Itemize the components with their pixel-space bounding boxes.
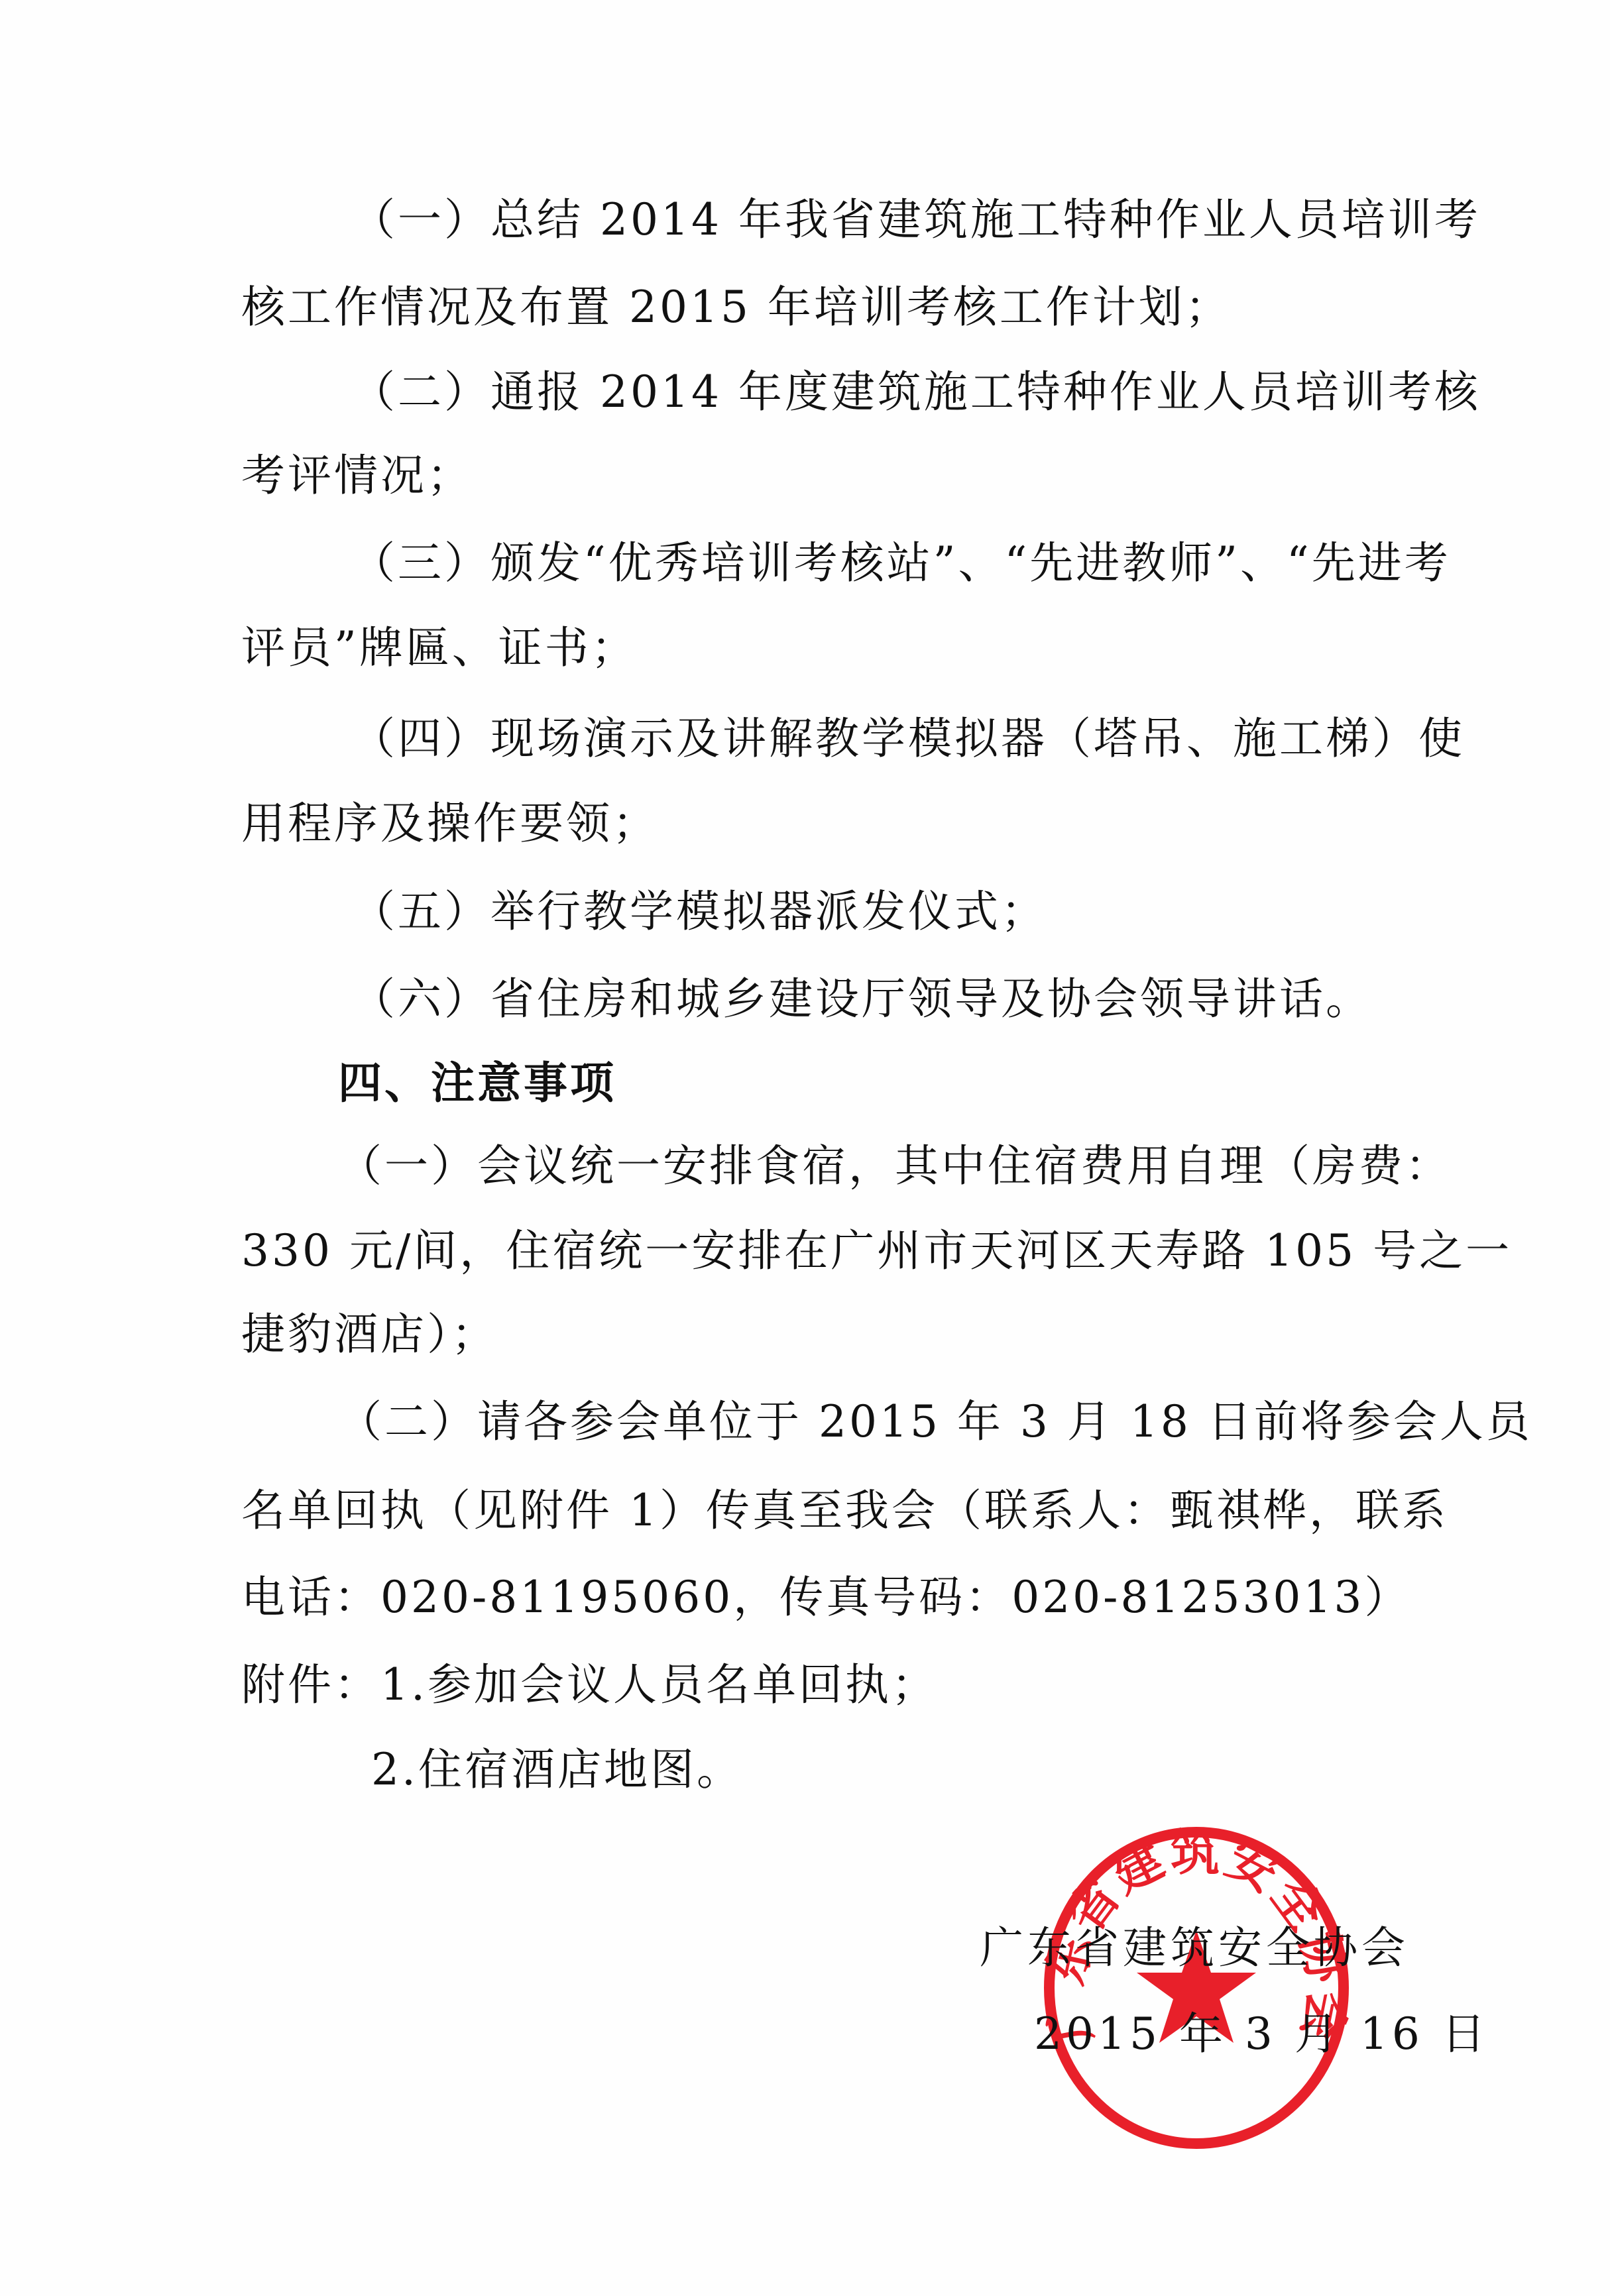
item-1-line-1: （一）总结 2014 年我省建筑施工特种作业人员培训考 bbox=[351, 193, 1481, 246]
item-6: （六）省住房和城乡建设厅领导及协会领导讲话。 bbox=[351, 973, 1372, 1026]
document-page: （一）总结 2014 年我省建筑施工特种作业人员培训考 核工作情况及布置 201… bbox=[0, 0, 1610, 2296]
item-4-line-2: 用程序及操作要领； bbox=[241, 797, 659, 850]
note-1-line-3: 捷豹酒店）； bbox=[241, 1308, 498, 1361]
note-1-line-1: （一）会议统一安排食宿，其中住宿费用自理（房费： bbox=[338, 1140, 1452, 1193]
attachment-2: 2.住宿酒店地图。 bbox=[371, 1743, 743, 1796]
item-5: （五）举行教学模拟器派发仪式； bbox=[351, 885, 1047, 938]
note-2-line-1: （二）请各参会单位于 2015 年 3 月 18 日前将参会人员 bbox=[338, 1395, 1532, 1449]
item-4-line-1: （四）现场演示及讲解教学模拟器（塔吊、施工梯）使 bbox=[351, 712, 1465, 765]
signature-date: 2015 年 3 月 16 日 bbox=[1034, 2008, 1489, 2061]
item-3-line-1: （三）颁发“优秀培训考核站”、“先进教师”、“先进考 bbox=[351, 537, 1451, 590]
note-2-line-2: 名单回执（见附件 1）传真至我会（联系人：甄祺桦，联系 bbox=[241, 1484, 1448, 1537]
item-2-line-1: （二）通报 2014 年度建筑施工特种作业人员培训考核 bbox=[351, 366, 1481, 419]
official-seal-icon: 广东省建筑安全协会 bbox=[1037, 1819, 1355, 2150]
signature-organization: 广东省建筑安全协会 bbox=[980, 1922, 1409, 1975]
note-2-line-3: 电话：020-81195060，传真号码：020-81253013） bbox=[241, 1571, 1410, 1624]
item-3-line-2: 评员”牌匾、证书； bbox=[241, 622, 638, 675]
attachment-1: 附件：1.参加会议人员名单回执； bbox=[241, 1659, 938, 1712]
note-1-line-2: 330 元/间，住宿统一安排在广州市天河区天寿路 105 号之一 bbox=[241, 1225, 1512, 1278]
item-1-line-2: 核工作情况及布置 2015 年培训考核工作计划； bbox=[241, 281, 1232, 334]
section-heading-notes: 四、注意事项 bbox=[338, 1056, 616, 1109]
item-2-line-2: 考评情况； bbox=[241, 449, 473, 502]
